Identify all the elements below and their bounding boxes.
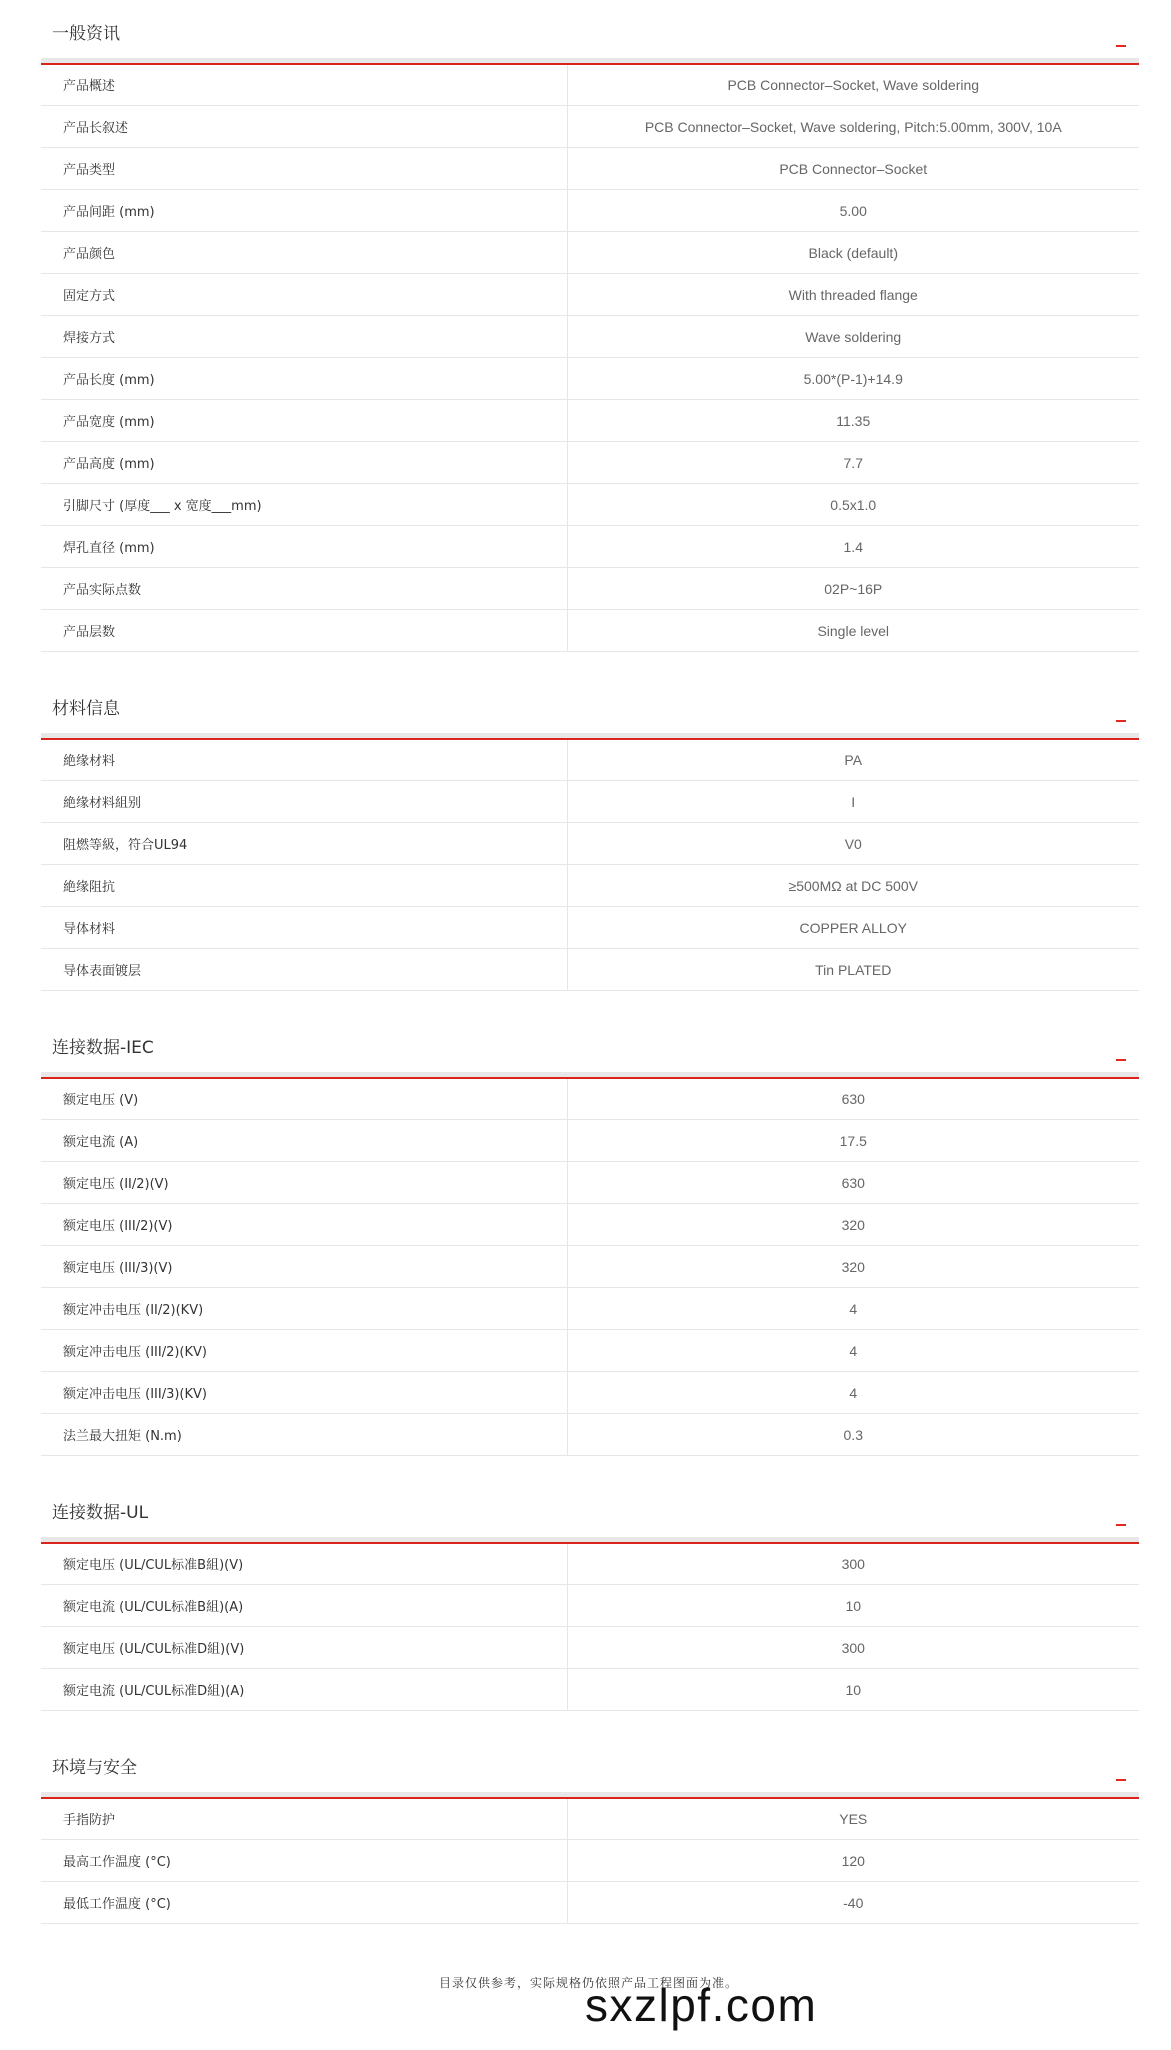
- row-value: 7.7: [567, 442, 1139, 484]
- row-value: Wave soldering: [567, 316, 1139, 358]
- section-title: 环境与安全: [52, 1757, 137, 1779]
- table-row: 最低工作温度 (°C)-40: [41, 1882, 1139, 1924]
- row-value: 1.4: [567, 526, 1139, 568]
- row-value: 5.00: [567, 190, 1139, 232]
- table-row: 产品间距 (mm)5.00: [41, 190, 1139, 232]
- spec-table: 手指防护YES 最高工作温度 (°C)120 最低工作温度 (°C)-40: [41, 1798, 1139, 1924]
- table-row: 最高工作温度 (°C)120: [41, 1840, 1139, 1882]
- table-row: 产品长度 (mm)5.00*(P-1)+14.9: [41, 358, 1139, 400]
- red-divider: [41, 63, 1139, 65]
- row-label: 絶缘阻抗: [41, 865, 567, 907]
- red-divider: [41, 1077, 1139, 1079]
- row-value: PCB Connector–Socket, Wave soldering, Pi…: [567, 106, 1139, 148]
- table-row: 额定电压 (II/2)(V)630: [41, 1162, 1139, 1204]
- table-row: 手指防护YES: [41, 1798, 1139, 1840]
- row-value: PA: [567, 739, 1139, 781]
- row-value: With threaded flange: [567, 274, 1139, 316]
- collapse-icon[interactable]: [1116, 1524, 1126, 1526]
- row-value: 0.5x1.0: [567, 484, 1139, 526]
- table-row: 额定电压 (UL/CUL标准D組)(V)300: [41, 1627, 1139, 1669]
- spec-table: 额定电压 (V)630 额定电流 (A)17.5 额定电压 (II/2)(V)6…: [41, 1078, 1139, 1456]
- row-value: Black (default): [567, 232, 1139, 274]
- table-row: 絶缘材料組别I: [41, 781, 1139, 823]
- row-label: 额定电流 (A): [41, 1120, 567, 1162]
- table-row: 法兰最大扭矩 (N.m)0.3: [41, 1414, 1139, 1456]
- row-label: 产品宽度 (mm): [41, 400, 567, 442]
- row-label: 絶缘材料: [41, 739, 567, 781]
- table-row: 额定电压 (V)630: [41, 1078, 1139, 1120]
- row-value: 0.3: [567, 1414, 1139, 1456]
- row-value: I: [567, 781, 1139, 823]
- row-value: 10: [567, 1669, 1139, 1711]
- row-label: 产品类型: [41, 148, 567, 190]
- table-row: 额定冲击电压 (II/2)(KV)4: [41, 1288, 1139, 1330]
- section-environment-safety: 环境与安全 手指防护YES 最高工作温度 (°C)120 最低工作温度 (°C)…: [41, 1734, 1139, 1924]
- row-label: 额定电流 (UL/CUL标准B組)(A): [41, 1585, 567, 1627]
- row-label: 额定冲击电压 (III/3)(KV): [41, 1372, 567, 1414]
- red-divider: [41, 1542, 1139, 1544]
- section-general-info: 一般资讯 产品概述PCB Connector–Socket, Wave sold…: [41, 0, 1139, 652]
- row-label: 产品实际点数: [41, 568, 567, 610]
- row-label: 额定电压 (III/3)(V): [41, 1246, 567, 1288]
- table-row: 絶缘阻抗≥500MΩ at DC 500V: [41, 865, 1139, 907]
- section-title: 材料信息: [52, 698, 120, 720]
- table-row: 引脚尺寸 (厚度___ x 宽度___mm)0.5x1.0: [41, 484, 1139, 526]
- spec-table: 产品概述PCB Connector–Socket, Wave soldering…: [41, 64, 1139, 652]
- row-label: 产品长度 (mm): [41, 358, 567, 400]
- table-row: 固定方式With threaded flange: [41, 274, 1139, 316]
- table-row: 产品宽度 (mm)11.35: [41, 400, 1139, 442]
- table-row: 额定电压 (UL/CUL标准B組)(V)300: [41, 1543, 1139, 1585]
- row-label: 法兰最大扭矩 (N.m): [41, 1414, 567, 1456]
- section-connection-iec: 连接数据-IEC 额定电压 (V)630 额定电流 (A)17.5 额定电压 (…: [41, 1014, 1139, 1456]
- row-value: PCB Connector–Socket: [567, 148, 1139, 190]
- row-label: 额定电压 (V): [41, 1078, 567, 1120]
- section-material-info: 材料信息 絶缘材料PA 絶缘材料組别I 阻燃等級，符合UL94V0 絶缘阻抗≥5…: [41, 675, 1139, 991]
- row-label: 产品长叙述: [41, 106, 567, 148]
- section-header[interactable]: 环境与安全: [41, 1734, 1139, 1798]
- table-row: 产品颜色Black (default): [41, 232, 1139, 274]
- spec-table: 絶缘材料PA 絶缘材料組别I 阻燃等級，符合UL94V0 絶缘阻抗≥500MΩ …: [41, 739, 1139, 991]
- spec-page: 一般资讯 产品概述PCB Connector–Socket, Wave sold…: [41, 0, 1139, 1924]
- collapse-icon[interactable]: [1116, 45, 1126, 47]
- section-title: 连接数据-IEC: [52, 1037, 154, 1059]
- row-label: 额定冲击电压 (II/2)(KV): [41, 1288, 567, 1330]
- row-value: 02P~16P: [567, 568, 1139, 610]
- row-value: ≥500MΩ at DC 500V: [567, 865, 1139, 907]
- row-value: 300: [567, 1543, 1139, 1585]
- row-value: PCB Connector–Socket, Wave soldering: [567, 64, 1139, 106]
- row-label: 焊孔直径 (mm): [41, 526, 567, 568]
- row-label: 产品间距 (mm): [41, 190, 567, 232]
- row-value: 4: [567, 1330, 1139, 1372]
- table-row: 额定电压 (III/3)(V)320: [41, 1246, 1139, 1288]
- section-connection-ul: 连接数据-UL 额定电压 (UL/CUL标准B組)(V)300 额定电流 (UL…: [41, 1479, 1139, 1711]
- row-label: 额定电压 (UL/CUL标准D組)(V): [41, 1627, 567, 1669]
- row-label: 产品颜色: [41, 232, 567, 274]
- row-value: COPPER ALLOY: [567, 907, 1139, 949]
- row-value: 630: [567, 1078, 1139, 1120]
- table-row: 产品实际点数02P~16P: [41, 568, 1139, 610]
- row-value: YES: [567, 1798, 1139, 1840]
- row-value: 320: [567, 1204, 1139, 1246]
- row-label: 絶缘材料組别: [41, 781, 567, 823]
- collapse-icon[interactable]: [1116, 1059, 1126, 1061]
- table-row: 额定电压 (III/2)(V)320: [41, 1204, 1139, 1246]
- row-label: 导体表面镀层: [41, 949, 567, 991]
- watermark: sxzlpf.com: [585, 1980, 817, 2030]
- table-row: 产品长叙述PCB Connector–Socket, Wave solderin…: [41, 106, 1139, 148]
- table-row: 阻燃等級，符合UL94V0: [41, 823, 1139, 865]
- section-title: 连接数据-UL: [52, 1502, 148, 1524]
- row-value: 320: [567, 1246, 1139, 1288]
- table-row: 焊孔直径 (mm)1.4: [41, 526, 1139, 568]
- table-row: 导体材料COPPER ALLOY: [41, 907, 1139, 949]
- table-row: 产品类型PCB Connector–Socket: [41, 148, 1139, 190]
- row-value: 4: [567, 1372, 1139, 1414]
- row-value: 4: [567, 1288, 1139, 1330]
- row-label: 额定冲击电压 (III/2)(KV): [41, 1330, 567, 1372]
- row-value: 10: [567, 1585, 1139, 1627]
- red-divider: [41, 738, 1139, 740]
- row-label: 手指防护: [41, 1798, 567, 1840]
- table-row: 产品概述PCB Connector–Socket, Wave soldering: [41, 64, 1139, 106]
- table-row: 产品高度 (mm)7.7: [41, 442, 1139, 484]
- spec-table: 额定电压 (UL/CUL标准B組)(V)300 额定电流 (UL/CUL标准B組…: [41, 1543, 1139, 1711]
- table-row: 焊接方式Wave soldering: [41, 316, 1139, 358]
- row-label: 额定电压 (II/2)(V): [41, 1162, 567, 1204]
- table-row: 额定电流 (UL/CUL标准D組)(A)10: [41, 1669, 1139, 1711]
- collapse-icon[interactable]: [1116, 1779, 1126, 1781]
- row-label: 引脚尺寸 (厚度___ x 宽度___mm): [41, 484, 567, 526]
- collapse-icon[interactable]: [1116, 720, 1126, 722]
- table-row: 导体表面镀层Tin PLATED: [41, 949, 1139, 991]
- table-row: 絶缘材料PA: [41, 739, 1139, 781]
- table-row: 额定电流 (A)17.5: [41, 1120, 1139, 1162]
- row-label: 焊接方式: [41, 316, 567, 358]
- row-label: 最低工作温度 (°C): [41, 1882, 567, 1924]
- row-label: 额定电压 (UL/CUL标准B組)(V): [41, 1543, 567, 1585]
- row-value: 630: [567, 1162, 1139, 1204]
- section-header[interactable]: 连接数据-IEC: [41, 1014, 1139, 1078]
- row-value: 300: [567, 1627, 1139, 1669]
- row-value: -40: [567, 1882, 1139, 1924]
- row-value: 17.5: [567, 1120, 1139, 1162]
- row-value: V0: [567, 823, 1139, 865]
- section-header[interactable]: 连接数据-UL: [41, 1479, 1139, 1543]
- row-label: 额定电流 (UL/CUL标准D組)(A): [41, 1669, 567, 1711]
- row-label: 导体材料: [41, 907, 567, 949]
- row-value: Single level: [567, 610, 1139, 652]
- row-label: 产品高度 (mm): [41, 442, 567, 484]
- table-row: 产品层数Single level: [41, 610, 1139, 652]
- row-label: 产品层数: [41, 610, 567, 652]
- row-label: 固定方式: [41, 274, 567, 316]
- section-header[interactable]: 材料信息: [41, 675, 1139, 739]
- row-label: 额定电压 (III/2)(V): [41, 1204, 567, 1246]
- row-label: 产品概述: [41, 64, 567, 106]
- row-value: Tin PLATED: [567, 949, 1139, 991]
- red-divider: [41, 1797, 1139, 1799]
- row-label: 最高工作温度 (°C): [41, 1840, 567, 1882]
- section-title: 一般资讯: [52, 23, 120, 45]
- row-value: 5.00*(P-1)+14.9: [567, 358, 1139, 400]
- row-value: 120: [567, 1840, 1139, 1882]
- row-value: 11.35: [567, 400, 1139, 442]
- table-row: 额定冲击电压 (III/3)(KV)4: [41, 1372, 1139, 1414]
- section-header[interactable]: 一般资讯: [41, 0, 1139, 64]
- table-row: 额定电流 (UL/CUL标准B組)(A)10: [41, 1585, 1139, 1627]
- table-row: 额定冲击电压 (III/2)(KV)4: [41, 1330, 1139, 1372]
- row-label: 阻燃等級，符合UL94: [41, 823, 567, 865]
